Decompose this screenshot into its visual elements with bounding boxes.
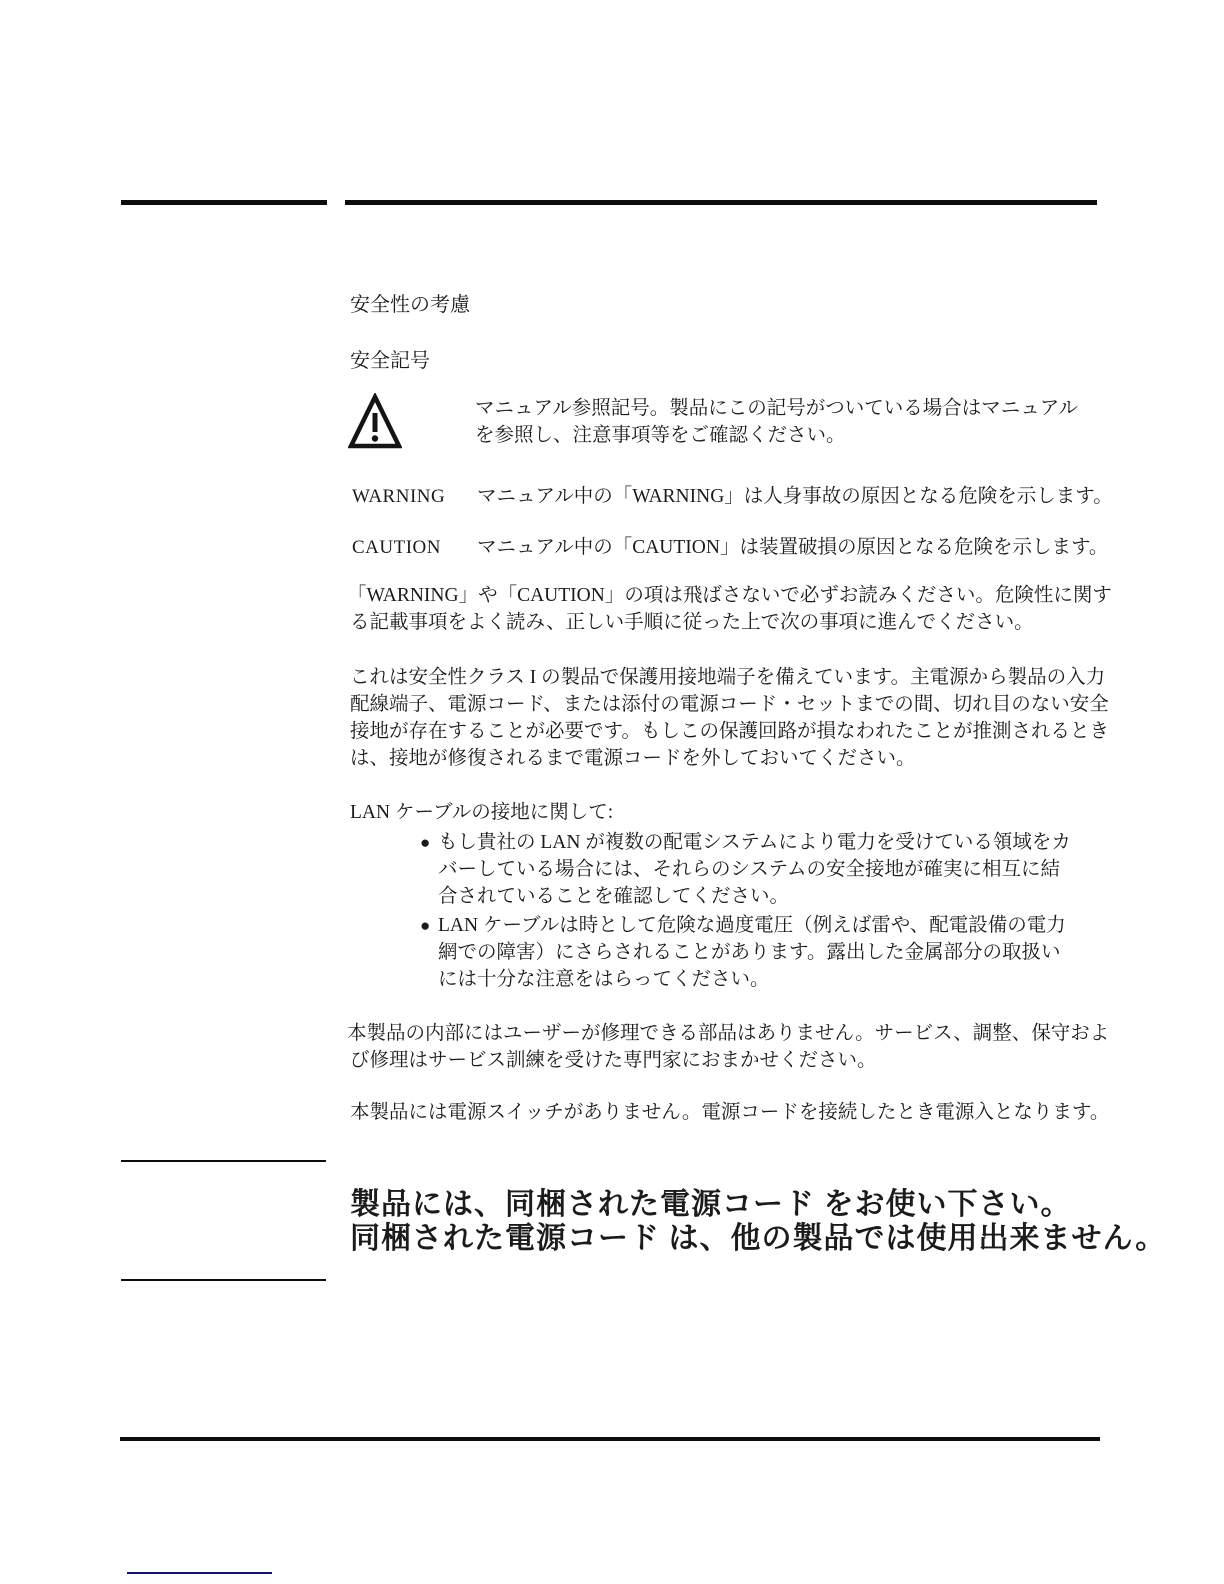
lan-bullet-line: 網での障害）にさらされることがあります。露出した金属部分の取扱い [438, 939, 1060, 966]
warning-label: WARNING [352, 486, 477, 508]
lan-bullet-line: もし貴社の LAN が複数の配電システムにより電力を受けている領域をカ [438, 829, 1071, 856]
divider-top-left [121, 200, 327, 205]
power-cord-notice-line: 同梱された電源コード は、他の製品では使用出来ません。 [350, 1222, 1166, 1256]
caution-label: CAUTION [352, 537, 477, 559]
manual-ref-line: を参照し、注意事項等をご確認ください。 [475, 422, 846, 449]
power-cord-notice-line: 製品には、同梱された電源コード をお使い下さい。 [350, 1188, 1072, 1222]
manual-ref-line: マニュアル参照記号。製品にこの記号がついている場合はマニュアル [475, 395, 1078, 422]
lan-bullet-line: 合されていることを確認してください。 [438, 883, 789, 910]
divider-top-right [345, 200, 1097, 205]
warning-row: WARNINGマニュアル中の「WARNING」は人身事故の原因となる危険を示しま… [352, 480, 1113, 508]
divider-notice-bottom [121, 1279, 326, 1281]
power-switch-line: 本製品には電源スイッチがありません。電源コードを接続したとき電源入となります。 [350, 1099, 1109, 1126]
service-line: 本製品の内部にはユーザーが修理できる部品はありません。サービス、調整、保守およ [347, 1020, 1109, 1047]
symbols-title: 安全記号 [350, 344, 430, 373]
divider-page-bottom [120, 1437, 1100, 1441]
bullet-icon: ● [420, 916, 430, 936]
warning-triangle-icon [348, 393, 402, 456]
class1-line: これは安全性クラス I の製品で保護用接地端子を備えています。主電源から製品の入… [350, 664, 1105, 691]
bullet-icon: ● [420, 833, 430, 853]
class1-line: 配線端子、電源コード、または添付の電源コード・セットまでの間、切れ目のない安全 [350, 691, 1109, 718]
divider-notice-top [121, 1160, 326, 1162]
class1-line: 接地が存在することが必要です。もしこの保護回路が損なわれたことが推測されるとき [350, 718, 1109, 745]
read-note-line: 「WARNING」や「CAUTION」の項は飛ばさないで必ずお読みください。危険… [347, 582, 1112, 609]
warning-text: マニュアル中の「WARNING」は人身事故の原因となる危険を示します。 [477, 486, 1113, 507]
lan-heading: LAN ケーブルの接地に関して: [350, 799, 613, 826]
service-line: び修理はサービス訓練を受けた専門家におまかせください。 [350, 1047, 877, 1074]
section-title: 安全性の考慮 [350, 288, 470, 317]
read-note-line: る記載事項をよく読み、正しい手順に従った上で次の事項に進んでください。 [350, 609, 1034, 636]
document-page: 安全性の考慮 安全記号 マニュアル参照記号。製品にこの記号がついている場合はマニ… [0, 0, 1224, 1584]
lan-bullet-line: バーしている場合には、それらのシステムの安全接地が確実に相互に結 [438, 856, 1060, 883]
lan-bullet-line: には十分な注意をはらってください。 [438, 966, 770, 993]
lan-bullet-line: LAN ケーブルは時として危険な過度電圧（例えば雷や、配電設備の電力 [438, 912, 1066, 939]
caution-row: CAUTIONマニュアル中の「CAUTION」は装置破損の原因となる危険を示しま… [352, 531, 1108, 559]
footer-link-rule [127, 1572, 272, 1574]
caution-text: マニュアル中の「CAUTION」は装置破損の原因となる危険を示します。 [477, 537, 1108, 558]
class1-line: は、接地が修復されるまで電源コードを外しておいてください。 [350, 745, 916, 772]
